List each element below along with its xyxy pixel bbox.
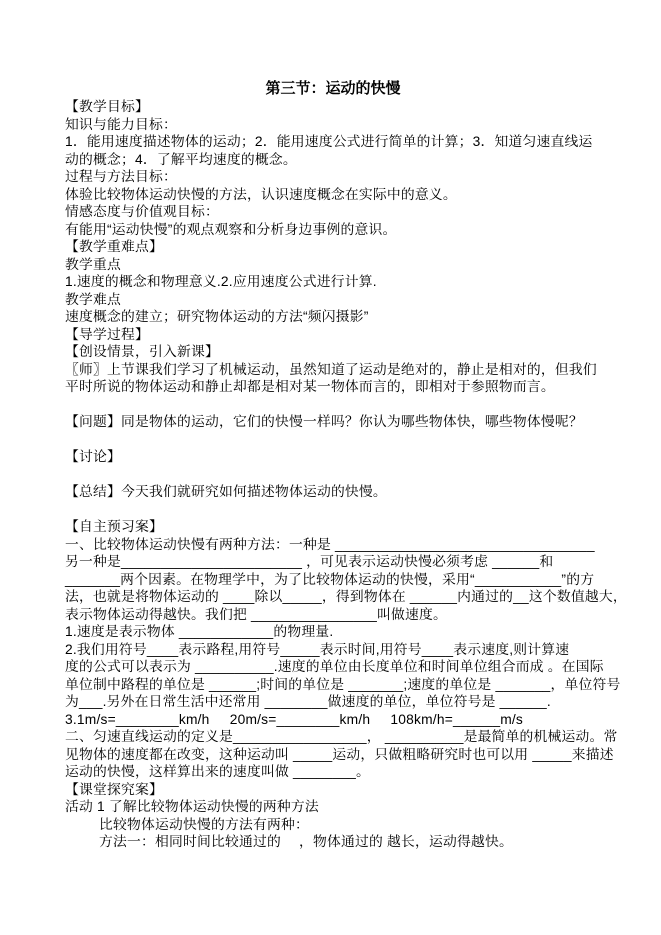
text-line: 方法一：相同时间比较通过的 ，物体通过的 越长，运动得越快。 xyxy=(65,833,601,851)
text-line: 运动的快慢，这样算出来的速度叫做 ________。 xyxy=(65,763,601,781)
text-line: 度的公式可以表示为 __________.速度的单位由长度单位和时间单位组合而成… xyxy=(65,658,601,676)
text-line: 法，也就是将物体运动的 ____除以_____，得到物体在 ______内通过的… xyxy=(65,588,601,606)
text-line: 教学重点 xyxy=(65,256,601,274)
text-line: 1.速度是表示物体 ____________的物理量. xyxy=(65,623,601,641)
blank-line xyxy=(65,431,601,449)
text-line: 活动 1 了解比较物体运动快慢的两种方法 xyxy=(65,798,601,816)
text-line: 知识与能力目标： xyxy=(65,116,601,134)
document-body: 【教学目标】知识与能力目标：1．能用速度描述物体的运动；2．能用速度公式进行简单… xyxy=(65,98,601,851)
blank-line xyxy=(65,501,601,519)
text-line: 教学难点 xyxy=(65,291,601,309)
blank-line xyxy=(65,466,601,484)
text-line: 平时所说的物体运动和静止却都是相对某一物体而言的，即相对于参照物而言。 xyxy=(65,378,601,396)
text-line: 【自主预习案】 xyxy=(65,518,601,536)
text-line: 【问题】同是物体的运动，它们的快慢一样吗？你认为哪些物体快，哪些物体慢呢？ xyxy=(65,413,601,431)
text-line: 过程与方法目标： xyxy=(65,168,601,186)
text-line: 单位制中路程的单位是 ______;时间的单位是 _______;速度的单位是 … xyxy=(65,676,601,694)
text-line: 3.1m/s=________km/h 20m/s=________km/h 1… xyxy=(65,711,601,729)
text-line: 【教学重难点】 xyxy=(65,238,601,256)
text-line: 体验比较物体运动快慢的方法，认识速度概念在实际中的意义。 xyxy=(65,186,601,204)
text-line: 见物体的速度都在改变，这种运动叫 _____运动，只做粗略研究时也可以用 ___… xyxy=(65,746,601,764)
text-line: 有能用“运动快慢”的观点观察和分析身边事例的意识。 xyxy=(65,221,601,239)
text-line: 一、比较物体运动快慢有两种方法：一种是 ____________________… xyxy=(65,536,601,554)
text-line: 【讨论】 xyxy=(65,448,601,466)
text-line: 动的概念；4．了解平均速度的概念。 xyxy=(65,151,601,169)
text-line: _______两个因素。在物理学中，为了比较物体运动的快慢，采用“_______… xyxy=(65,571,601,589)
text-line: 为___.另外在日常生活中还常用 ________做速度的单位，单位符号是 __… xyxy=(65,693,601,711)
text-line: 比较物体运动快慢的方法有两种： xyxy=(65,816,601,834)
text-line: 表示物体运动得越快。我们把 ________________叫做速度。 xyxy=(65,606,601,624)
text-line: 1．能用速度描述物体的运动；2．能用速度公式进行简单的计算；3．知道匀速直线运 xyxy=(65,133,601,151)
text-line: 【创设情景，引入新课】 xyxy=(65,343,601,361)
blank-line xyxy=(65,396,601,414)
text-line: 另一种是_______________________ ，可见表示运动快慢必须考… xyxy=(65,553,601,571)
text-line: 〖师〗上节课我们学习了机械运动，虽然知道了运动是绝对的，静止是相对的，但我们 xyxy=(65,361,601,379)
text-line: 【总结】今天我们就研究如何描述物体运动的快慢。 xyxy=(65,483,601,501)
text-line: 【教学目标】 xyxy=(65,98,601,116)
text-line: 速度概念的建立；研究物体运动的方法“频闪摄影” xyxy=(65,308,601,326)
text-line: 【课堂探究案】 xyxy=(65,781,601,799)
text-line: 情感态度与价值观目标： xyxy=(65,203,601,221)
text-line: 二、匀速直线运动的定义是_________________， _________… xyxy=(65,728,601,746)
text-line: 【导学过程】 xyxy=(65,326,601,344)
document-title: 第三节：运动的快慢 xyxy=(65,79,601,98)
text-line: 1.速度的概念和物理意义.2.应用速度公式进行计算. xyxy=(65,273,601,291)
document-page: 第三节：运动的快慢 【教学目标】知识与能力目标：1．能用速度描述物体的运动；2．… xyxy=(0,0,661,935)
text-line: 2.我们用符号____表示路程,用符号_____表示时间,用符号____表示速度… xyxy=(65,641,601,659)
